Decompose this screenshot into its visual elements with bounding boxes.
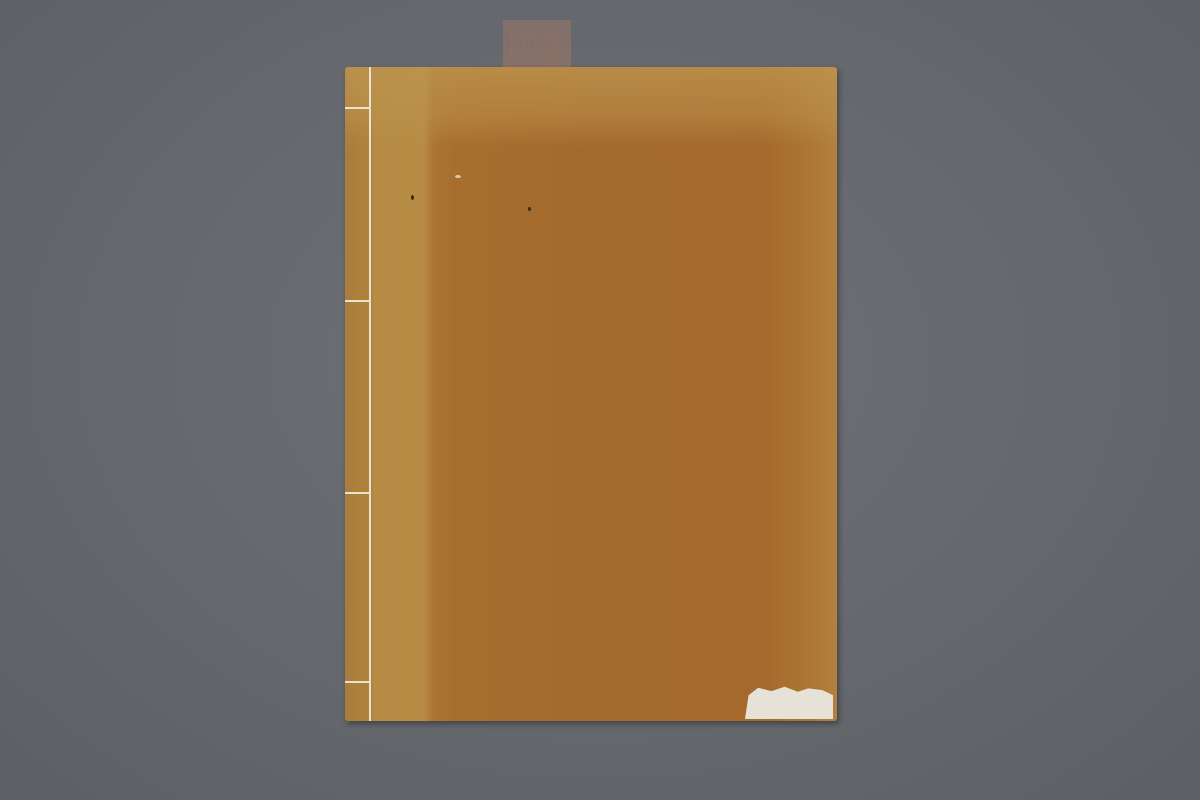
torn-corner-damage bbox=[745, 685, 833, 719]
binding-stitch bbox=[345, 107, 370, 109]
binding-stitch bbox=[345, 492, 370, 494]
book-cover bbox=[345, 67, 837, 721]
wormhole-spot bbox=[528, 207, 531, 211]
paper-tear bbox=[455, 175, 461, 178]
wormhole-spot bbox=[411, 195, 414, 200]
photo-scene bbox=[0, 0, 1200, 800]
faded-spine-band bbox=[373, 67, 453, 721]
binding-thread bbox=[369, 67, 371, 721]
binding-stitch bbox=[345, 300, 370, 302]
binding-stitch bbox=[345, 681, 370, 683]
